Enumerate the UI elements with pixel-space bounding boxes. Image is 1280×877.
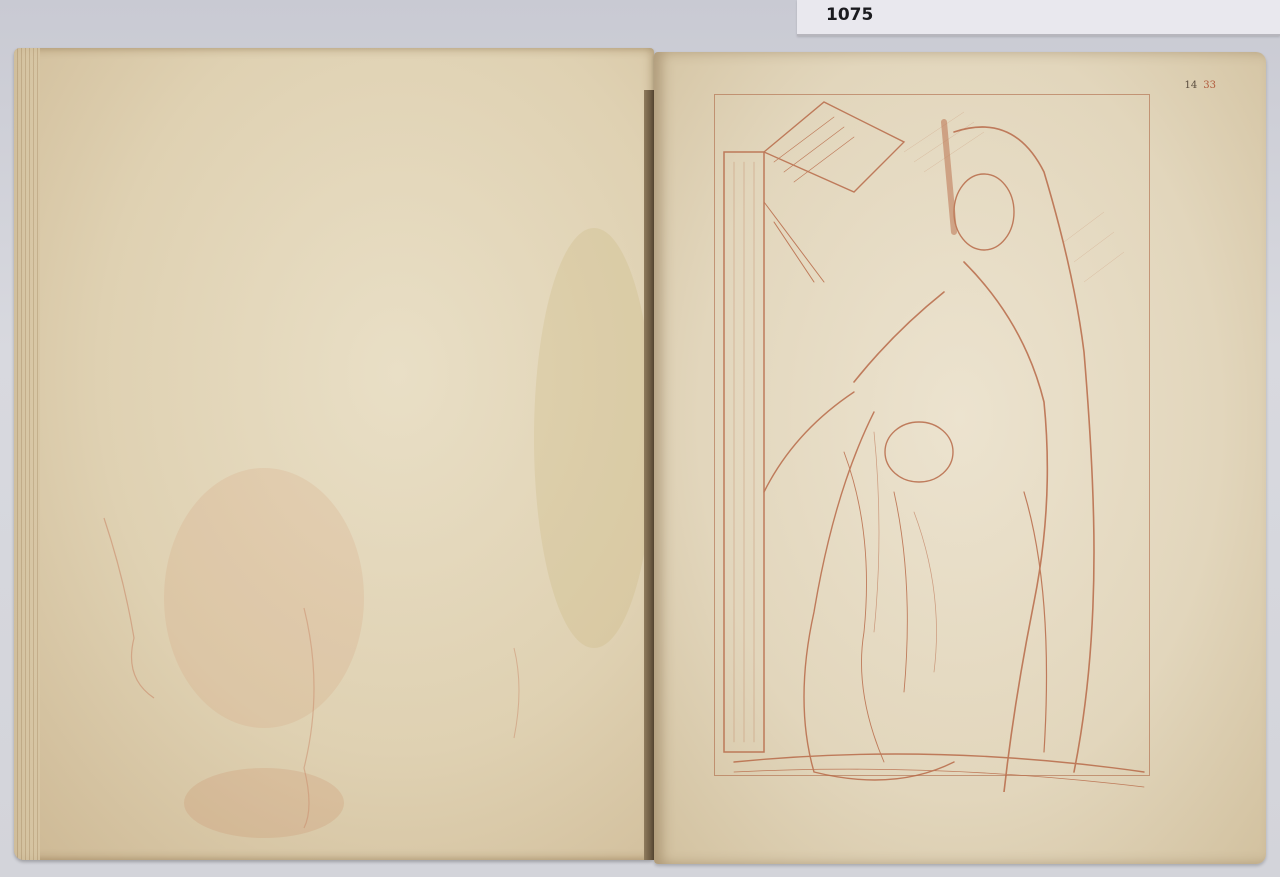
folio-number: 1433 [1185,80,1216,91]
right-page: 1433 [654,52,1266,864]
catalog-label: 1075 [797,0,1280,36]
faint-chalk-marks [14,48,654,860]
red-chalk-drawing [704,92,1154,792]
catalog-number: 1075 [826,5,873,25]
left-page [14,48,654,860]
